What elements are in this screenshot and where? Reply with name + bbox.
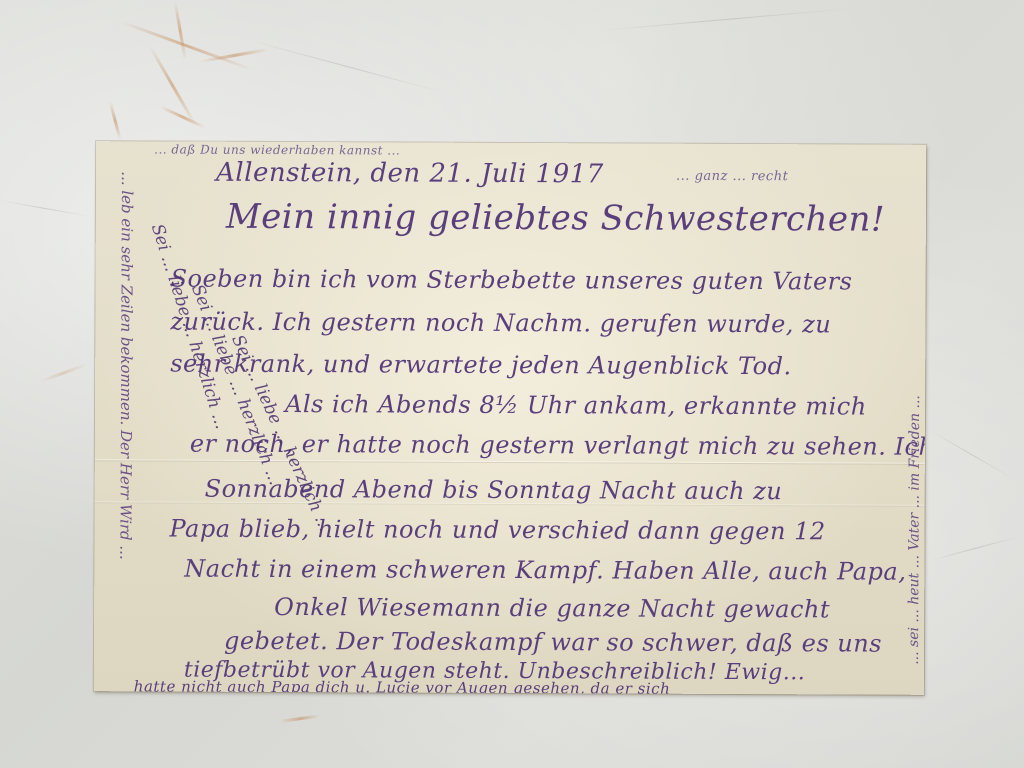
- body-line: Onkel Wiesemann die ganze Nacht gewacht: [274, 595, 830, 621]
- body-line: Soeben bin ich vom Sterbebette unseres g…: [171, 267, 853, 294]
- body-line: Nacht in einem schweren Kampf. Haben All…: [184, 557, 906, 584]
- marble-vein: [159, 105, 206, 129]
- body-line: Als ich Abends 8½ Uhr ankam, erkannte mi…: [285, 392, 867, 419]
- body-line: zurück. Ich gestern noch Nachm. gerufen …: [170, 310, 831, 337]
- marble-vein: [119, 20, 252, 71]
- marble-vein: [39, 363, 87, 383]
- right-margin-vertical-text: ... sei ... heut ... Vater ... im Friede…: [906, 395, 923, 665]
- top-margin-text: ... daß Du uns wiederhaben kannst ...: [154, 143, 400, 156]
- top-right-margin-text: ... ganz ... recht: [676, 170, 788, 183]
- marble-vein: [250, 40, 443, 93]
- marble-vein: [0, 200, 89, 217]
- body-line: gebetet. Der Todeskampf war so schwer, d…: [224, 629, 882, 656]
- postcard: ... daß Du uns wiederhaben kannst ... ..…: [94, 141, 926, 695]
- marble-vein: [280, 714, 320, 723]
- marble-vein: [109, 101, 122, 140]
- marble-vein: [930, 430, 1012, 478]
- marble-vein: [930, 536, 1021, 561]
- salutation: Mein innig geliebtes Schwesterchen!: [226, 200, 885, 237]
- marble-vein: [174, 1, 187, 61]
- body-line: Papa blieb, hielt noch und verschied dan…: [169, 517, 825, 544]
- date-line: Allenstein, den 21. Juli 1917: [216, 160, 604, 188]
- marble-vein: [600, 8, 849, 31]
- left-margin-vertical-text: ... leb ein sehr Zeilen bekommen. Der He…: [116, 171, 136, 559]
